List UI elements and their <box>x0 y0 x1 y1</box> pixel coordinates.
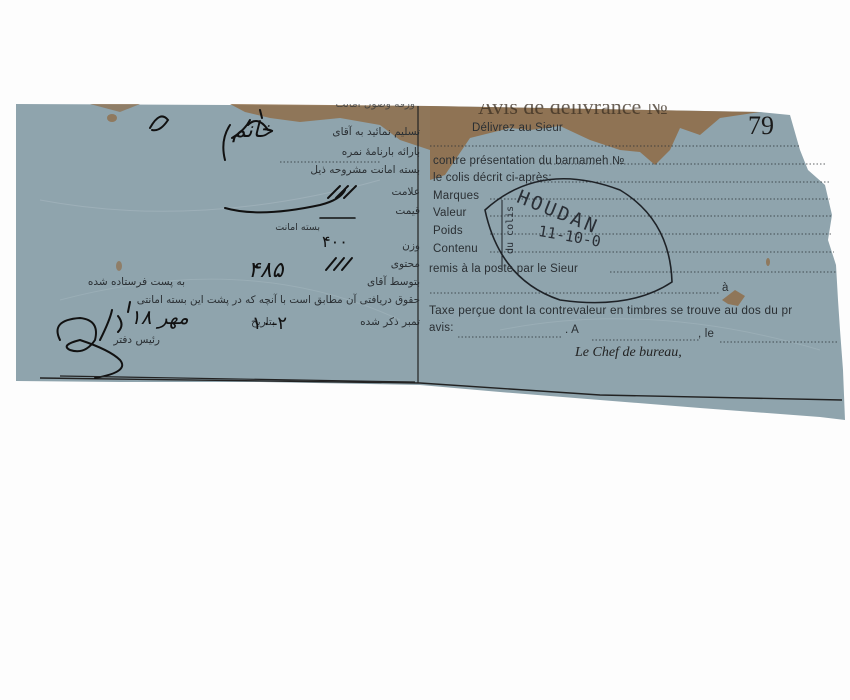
barnameh-label: بارائه بارنامهٔ نمره <box>342 146 420 158</box>
parcel-described-label: بسته امانت مشروحه ذیل <box>310 164 420 176</box>
contre-presentation-label: contre présentation du barnameh № <box>433 155 625 167</box>
a-label: à <box>722 282 729 294</box>
vazn-label: وزن <box>402 240 420 252</box>
stamp-side-text: du colis <box>505 206 516 254</box>
handwritten-value: ۴۸۵ <box>248 258 283 283</box>
delivrez-label: Délivrez au Sieur <box>472 122 563 134</box>
field-poids: Poids <box>433 225 463 237</box>
chef-de-bureau-signature-label: Le Chef de bureau, <box>575 345 682 361</box>
avis-label: avis: <box>429 322 454 334</box>
paper-background <box>0 0 850 700</box>
handwritten-recipient-name: خانم <box>232 118 273 143</box>
mohtavi-label: محتوی <box>391 258 420 270</box>
colis-decrit-label: le colis décrit ci-après: <box>433 172 552 184</box>
sent-by-post-label: به پست فرستاده شده <box>88 276 185 288</box>
alamat-label: علامت <box>392 186 420 198</box>
delivery-notice-document: Avis de délivrance № 79 Délivrez au Sieu… <box>0 0 850 700</box>
qeymat-label: قیمت <box>395 205 420 217</box>
le-label: , le <box>698 328 714 340</box>
field-contenu: Contenu <box>433 243 478 255</box>
field-marques: Marques <box>433 190 479 202</box>
via-label: بتوسط آقای <box>367 276 420 288</box>
handwritten-amount: ۱۰-۲ <box>252 313 287 334</box>
a-place-label: . A <box>565 324 579 336</box>
field-valeur: Valeur <box>433 207 467 219</box>
stamp-mentioned-label: تمبر ذکر شده <box>360 316 420 328</box>
handwritten-weight: ۴۰۰ <box>322 232 348 251</box>
parcel-label: بسته امانت <box>275 222 320 233</box>
serial-number: 79 <box>748 111 774 141</box>
taxe-line: Taxe perçue dont la contrevaleur en timb… <box>429 303 792 317</box>
handwritten-date: ۱۸ مهر <box>130 305 189 329</box>
office-head-label: رئیس دفتر <box>113 334 160 346</box>
remis-label: remis à la poste par le Sieur <box>429 263 578 275</box>
deliver-to-label: تسلیم نمائید به آقای <box>332 126 420 138</box>
